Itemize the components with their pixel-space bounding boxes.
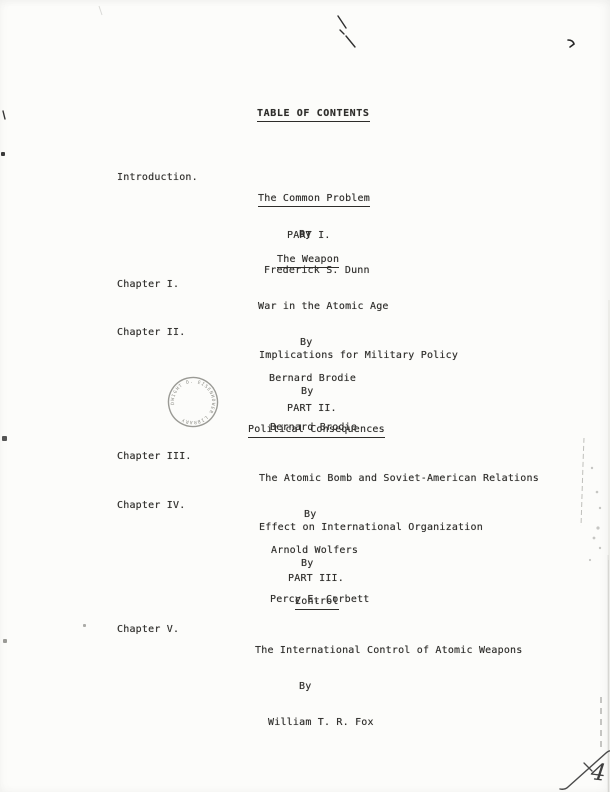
entry-chapter-2: Implications for Military Policy By Bern… <box>259 326 458 458</box>
part-heading-3: PART III. <box>288 573 344 585</box>
library-stamp: DWIGHT D. EISENHOWER LIBRARY <box>155 364 230 439</box>
document-page: TABLE OF CONTENTS Introduction. The Comm… <box>0 0 610 792</box>
entry-title: The Common Problem <box>258 193 370 205</box>
page-title: TABLE OF CONTENTS <box>257 108 370 122</box>
edge-mark-left-2 <box>1 152 5 156</box>
pen-mark-top-right <box>568 40 574 47</box>
part-heading-2: PART II. <box>287 403 337 415</box>
entry-by: By <box>301 386 458 398</box>
entry-chapter-4: Effect on International Organization By … <box>259 498 483 630</box>
section-label-chapter-5: Chapter V. <box>117 624 179 636</box>
section-label-chapter-2: Chapter II. <box>117 327 185 339</box>
edge-mark-left-4 <box>3 639 7 643</box>
section-label-chapter-3: Chapter III. <box>117 451 192 463</box>
entry-title: Effect on International Organization <box>259 522 483 534</box>
edge-mark-left-1 <box>3 111 5 119</box>
entry-title: Implications for Military Policy <box>259 350 458 362</box>
part-heading-1: PART I. <box>287 230 331 242</box>
part-subtitle-3: Control <box>295 596 339 610</box>
section-label-chapter-1: Chapter I. <box>117 279 179 291</box>
speck-mark <box>83 624 86 627</box>
page-title-text: TABLE OF CONTENTS <box>257 108 370 122</box>
entry-by: By <box>299 681 522 693</box>
section-label-chapter-4: Chapter IV. <box>117 500 185 512</box>
section-label-introduction: Introduction. <box>117 172 198 184</box>
entry-by: By <box>301 558 483 570</box>
entry-author: William T. R. Fox <box>268 717 522 729</box>
handwritten-page-number: 4 <box>589 759 607 787</box>
faint-mark-top-left <box>99 6 102 15</box>
stamp-text: DWIGHT D. EISENHOWER LIBRARY <box>165 374 221 430</box>
entry-title: The Atomic Bomb and Soviet-American Rela… <box>259 473 539 485</box>
crease-line-right <box>581 438 584 526</box>
smudge-dots-right <box>589 467 601 561</box>
pen-mark-top-center <box>338 16 355 47</box>
entry-chapter-5: The International Control of Atomic Weap… <box>255 621 522 753</box>
entry-title: War in the Atomic Age <box>258 301 389 313</box>
edge-mark-left-3 <box>2 436 7 441</box>
part-subtitle-1: The Weapon <box>277 254 339 268</box>
entry-title: The International Control of Atomic Weap… <box>255 645 522 657</box>
part-subtitle-2: Political Consequences <box>248 424 385 438</box>
